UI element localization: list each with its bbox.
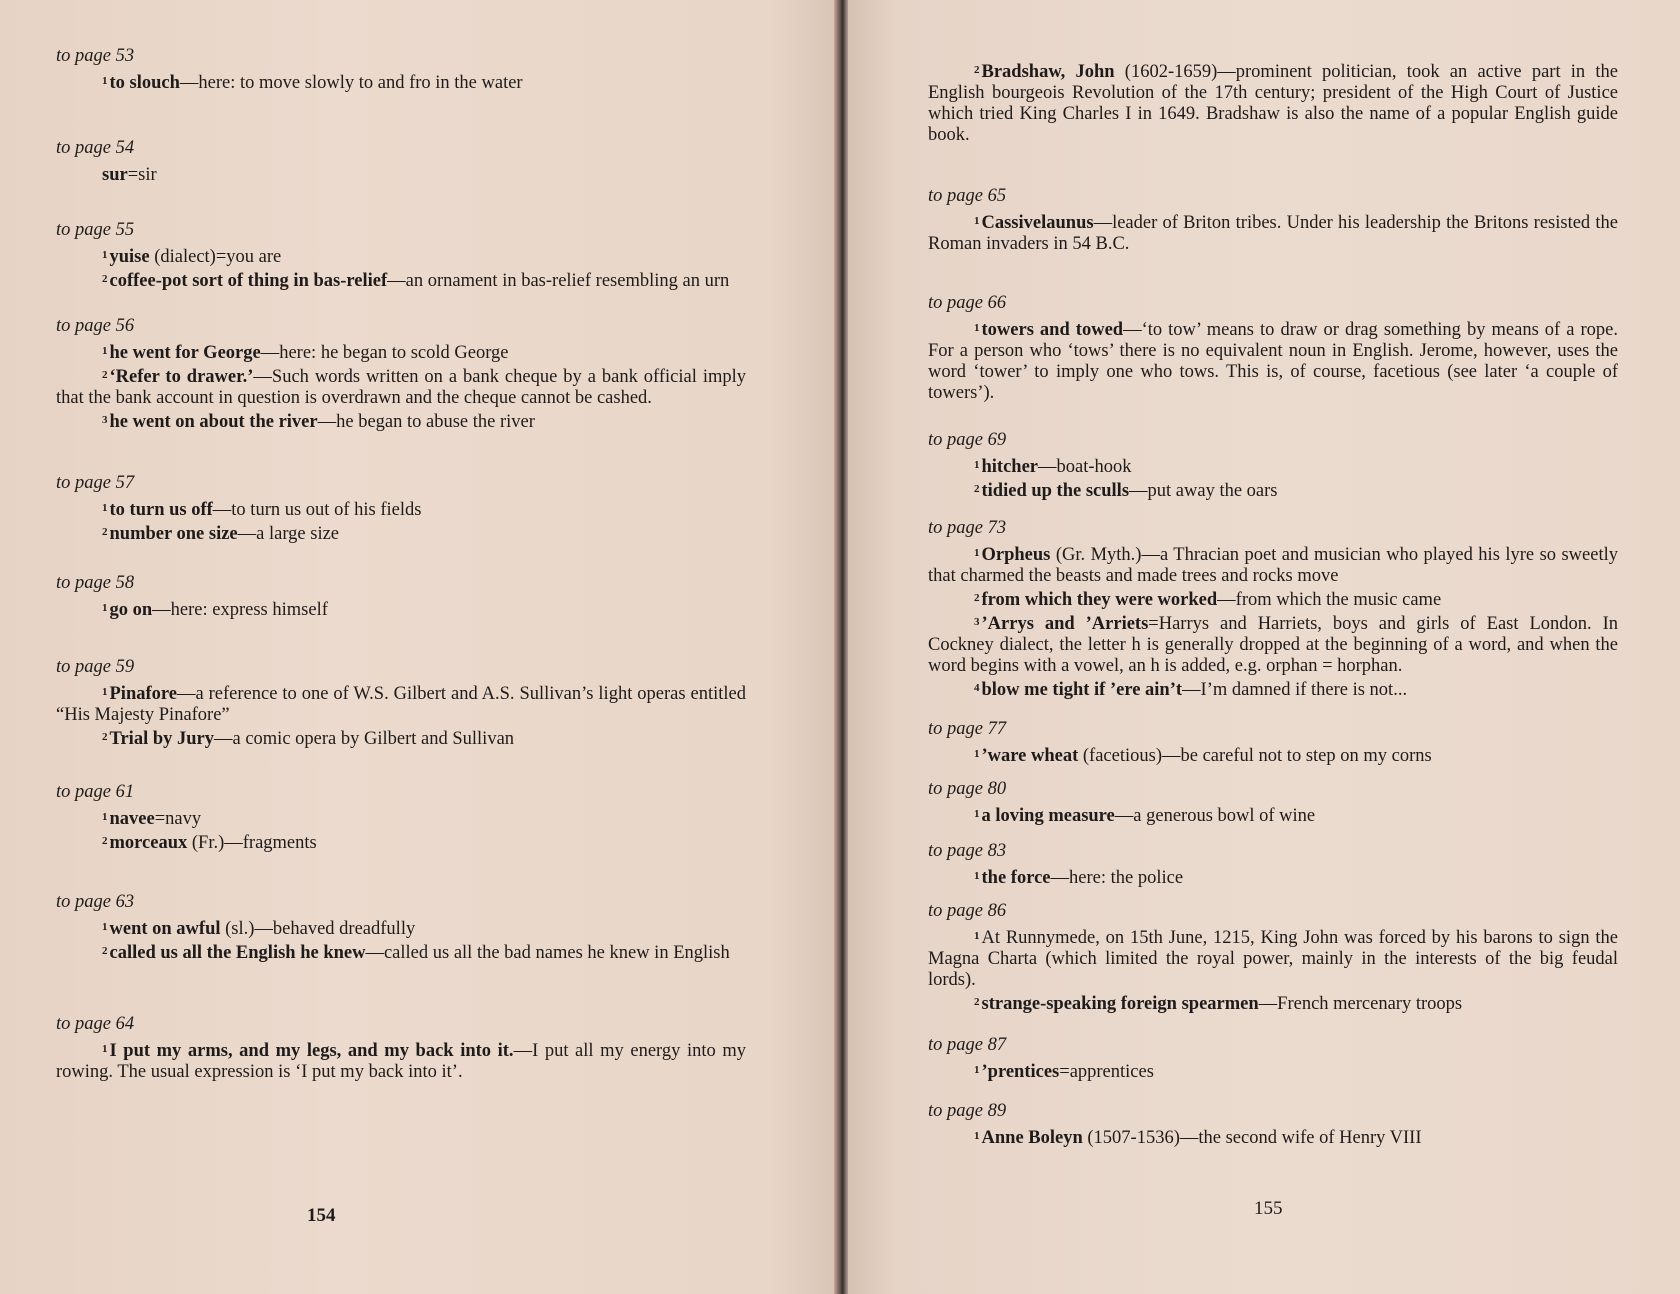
footnote-separator: — xyxy=(253,367,272,387)
page-number: 154 xyxy=(307,1205,336,1227)
section-heading: to page 61 xyxy=(56,782,746,803)
footnote-number: 1 xyxy=(102,502,108,514)
note-section: to page 771’ware wheat (facetious)—be ca… xyxy=(928,719,1618,767)
left-page: to page 531to slouch—here: to move slowl… xyxy=(0,0,836,1294)
footnote: 2Trial by Jury—a comic opera by Gilbert … xyxy=(56,729,746,750)
footnote-term: ’Arrys and ’Arriets xyxy=(982,614,1149,634)
footnote-term: went on awful xyxy=(110,919,221,939)
footnote-term: towers and towed xyxy=(982,320,1124,340)
footnote: 2morceaux (Fr.)—fragments xyxy=(56,833,746,854)
footnote-term: Anne Boleyn xyxy=(982,1128,1083,1148)
footnote-definition: a comic opera by Gilbert and Sullivan xyxy=(233,729,515,749)
footnote: 2tidied up the sculls—put away the oars xyxy=(928,481,1618,502)
note-section: 2Bradshaw, John (1602-1659)—prominent po… xyxy=(928,62,1618,146)
footnote: 1Orpheus (Gr. Myth.)—a Thracian poet and… xyxy=(928,545,1618,587)
footnote: 2Bradshaw, John (1602-1659)—prominent po… xyxy=(928,62,1618,146)
footnote-term: hitcher xyxy=(982,457,1039,477)
footnote: 4blow me tight if ’ere ain’t—I’m damned … xyxy=(928,680,1618,701)
footnote: 1he went for George—here: he began to sc… xyxy=(56,343,746,364)
section-heading: to page 64 xyxy=(56,1014,746,1035)
footnote-term: he went for George xyxy=(110,343,261,363)
section-heading: to page 55 xyxy=(56,220,746,241)
note-section: to page 641I put my arms, and my legs, a… xyxy=(56,1014,746,1083)
footnote-definition: to turn us out of his fields xyxy=(231,500,421,520)
footnote-separator: — xyxy=(1217,590,1236,610)
footnote: 1navee=navy xyxy=(56,809,746,830)
footnote-term: Bradshaw, John xyxy=(982,62,1115,82)
footnote-term: he went on about the river xyxy=(110,412,318,432)
section-heading: to page 73 xyxy=(928,518,1618,539)
footnote-number: 2 xyxy=(102,369,108,381)
footnote-separator: — xyxy=(1038,457,1057,477)
footnote: 2from which they were worked—from which … xyxy=(928,590,1618,611)
footnote-separator: — xyxy=(1259,994,1278,1014)
footnote: 1a loving measure—a generous bowl of win… xyxy=(928,806,1618,827)
footnote-term: coffee-pot sort of thing in bas-relief xyxy=(110,271,388,291)
footnote: 1At Runnymede, on 15th June, 1215, King … xyxy=(928,928,1618,991)
footnote-number: 1 xyxy=(102,249,108,261)
left-notes-column: to page 531to slouch—here: to move slowl… xyxy=(56,46,746,1083)
note-section: to page 651Cassivelaunus—leader of Brito… xyxy=(928,186,1618,255)
footnote-separator: — xyxy=(214,729,233,749)
footnote: 1Anne Boleyn (1507-1536)—the second wife… xyxy=(928,1128,1618,1149)
note-section: to page 801a loving measure—a generous b… xyxy=(928,779,1618,827)
section-heading: to page 77 xyxy=(928,719,1618,740)
footnote-number: 1 xyxy=(102,602,108,614)
footnote-term: Pinafore xyxy=(110,684,177,704)
footnote: 1’prentices=apprentices xyxy=(928,1062,1618,1083)
footnote-number: 1 xyxy=(102,811,108,823)
footnote-definition: he began to abuse the river xyxy=(336,412,535,432)
footnote-term: blow me tight if ’ere ain’t xyxy=(982,680,1183,700)
right-page: 2Bradshaw, John (1602-1659)—prominent po… xyxy=(848,0,1680,1294)
section-heading: to page 80 xyxy=(928,779,1618,800)
footnote-number: 1 xyxy=(974,459,980,471)
footnote-separator: — xyxy=(152,600,171,620)
note-section: to page 831the force—here: the police xyxy=(928,841,1618,889)
section-heading: to page 86 xyxy=(928,901,1618,922)
footnote: 1Cassivelaunus—leader of Briton tribes. … xyxy=(928,213,1618,255)
footnote: 2called us all the English he knew—calle… xyxy=(56,943,746,964)
footnote-number: 2 xyxy=(102,945,108,957)
note-section: to page 631went on awful (sl.)—behaved d… xyxy=(56,892,746,964)
note-section: to page 571to turn us off—to turn us out… xyxy=(56,473,746,545)
footnote: 3’Arrys and ’Arriets=Harrys and Harriets… xyxy=(928,614,1618,677)
footnote-number: 2 xyxy=(974,996,980,1008)
footnote: 1Pinafore—a reference to one of W.S. Gil… xyxy=(56,684,746,726)
note-section: to page 661towers and towed—‘to tow’ mea… xyxy=(928,293,1618,404)
note-section: to page 561he went for George—here: he b… xyxy=(56,316,746,433)
footnote-separator: — xyxy=(238,524,257,544)
note-section: to page 531to slouch—here: to move slowl… xyxy=(56,46,746,94)
page-number: 155 xyxy=(1254,1198,1283,1220)
footnote-definition: (1507-1536)—the second wife of Henry VII… xyxy=(1083,1128,1422,1148)
footnote-separator: = xyxy=(1059,1062,1069,1082)
footnote-term: Orpheus xyxy=(982,545,1051,565)
footnote-term: to turn us off xyxy=(110,500,213,520)
footnote-separator: = xyxy=(128,165,138,185)
footnote-definition: sir xyxy=(138,165,157,185)
note-section: to page 871’prentices=apprentices xyxy=(928,1035,1618,1083)
note-section: to page 731Orpheus (Gr. Myth.)—a Thracia… xyxy=(928,518,1618,701)
footnote-separator: — xyxy=(365,943,384,963)
footnote: 1go on—here: express himself xyxy=(56,600,746,621)
footnote-number: 3 xyxy=(974,616,980,628)
footnote: 3he went on about the river—he began to … xyxy=(56,412,746,433)
footnote-definition: navy xyxy=(165,809,201,829)
footnote-definition: (Fr.)—fragments xyxy=(187,833,316,853)
section-heading: to page 66 xyxy=(928,293,1618,314)
footnote-term: to slouch xyxy=(110,73,180,93)
footnote: 1yuise (dialect)=you are xyxy=(56,247,746,268)
footnote-number: 3 xyxy=(102,414,108,426)
right-notes-column: 2Bradshaw, John (1602-1659)—prominent po… xyxy=(928,62,1618,1149)
footnote-separator: — xyxy=(318,412,337,432)
footnote-definition: here: he began to scold George xyxy=(279,343,508,363)
note-section: to page 591Pinafore—a reference to one o… xyxy=(56,657,746,750)
footnote-definition: boat-hook xyxy=(1057,457,1132,477)
footnote-separator: — xyxy=(387,271,406,291)
footnote-term: Cassivelaunus xyxy=(982,213,1094,233)
section-heading: to page 58 xyxy=(56,573,746,594)
note-section: to page 861At Runnymede, on 15th June, 1… xyxy=(928,901,1618,1015)
footnote-term: yuise xyxy=(110,247,150,267)
footnote-separator: — xyxy=(1094,213,1113,233)
footnote-definition: a generous bowl of wine xyxy=(1133,806,1315,826)
footnote-term: go on xyxy=(110,600,153,620)
section-heading: to page 89 xyxy=(928,1101,1618,1122)
footnote-number: 1 xyxy=(974,1130,980,1142)
footnote-definition: called us all the bad names he knew in E… xyxy=(384,943,730,963)
footnote-separator: — xyxy=(1115,806,1134,826)
footnote-number: 1 xyxy=(974,1064,980,1076)
footnote-definition: At Runnymede, on 15th June, 1215, King J… xyxy=(928,928,1618,990)
footnote-term: sur xyxy=(102,165,128,185)
footnote: 2strange-speaking foreign spearmen—Frenc… xyxy=(928,994,1618,1015)
footnote-number: 1 xyxy=(102,75,108,87)
footnote-definition: from which the music came xyxy=(1236,590,1442,610)
footnote-separator: — xyxy=(180,73,199,93)
footnote-separator: — xyxy=(1129,481,1148,501)
footnote-number: 2 xyxy=(974,592,980,604)
footnote-number: 2 xyxy=(102,273,108,285)
footnote-definition: a large size xyxy=(256,524,339,544)
footnote-term: number one size xyxy=(110,524,238,544)
footnote-separator: — xyxy=(213,500,232,520)
section-heading: to page 63 xyxy=(56,892,746,913)
footnote-number: 1 xyxy=(974,808,980,820)
section-heading: to page 53 xyxy=(56,46,746,67)
footnote-number: 1 xyxy=(102,921,108,933)
section-heading: to page 83 xyxy=(928,841,1618,862)
footnote-number: 1 xyxy=(974,547,980,559)
footnote-term: the force xyxy=(982,868,1051,888)
footnote-separator: — xyxy=(261,343,280,363)
footnote-number: 1 xyxy=(974,322,980,334)
footnote-definition: here: to move slowly to and fro in the w… xyxy=(198,73,522,93)
footnote-number: 4 xyxy=(974,682,980,694)
footnote-separator: — xyxy=(1123,320,1142,340)
footnote: 1’ware wheat (facetious)—be careful not … xyxy=(928,746,1618,767)
footnote: 1the force—here: the police xyxy=(928,868,1618,889)
note-section: to page 551yuise (dialect)=you are2coffe… xyxy=(56,220,746,292)
section-heading: to page 65 xyxy=(928,186,1618,207)
footnote-separator: — xyxy=(1182,680,1201,700)
footnote-number: 2 xyxy=(102,835,108,847)
footnote: 2coffee-pot sort of thing in bas-relief—… xyxy=(56,271,746,292)
section-heading: to page 57 xyxy=(56,473,746,494)
footnote-separator: = xyxy=(1148,614,1158,634)
section-heading: to page 54 xyxy=(56,138,746,159)
footnote-separator: — xyxy=(1051,868,1070,888)
footnote-number: 2 xyxy=(974,483,980,495)
footnote-definition: French mercenary troops xyxy=(1277,994,1462,1014)
footnote-number: 1 xyxy=(974,870,980,882)
footnote: 1to turn us off—to turn us out of his fi… xyxy=(56,500,746,521)
footnote-separator: — xyxy=(177,684,196,704)
footnote-term: ’ware wheat xyxy=(982,746,1079,766)
section-heading: to page 59 xyxy=(56,657,746,678)
footnote-term: ’prentices xyxy=(982,1062,1060,1082)
footnote-separator: = xyxy=(155,809,165,829)
footnote-definition: an ornament in bas-relief resembling an … xyxy=(406,271,730,291)
section-heading: to page 87 xyxy=(928,1035,1618,1056)
footnote-definition: (facetious)—be careful not to step on my… xyxy=(1078,746,1431,766)
footnote-definition: put away the oars xyxy=(1148,481,1278,501)
footnote-definition: apprentices xyxy=(1070,1062,1154,1082)
footnote-term: strange-speaking foreign spearmen xyxy=(982,994,1259,1014)
footnote-number: 1 xyxy=(974,215,980,227)
footnote: 2number one size—a large size xyxy=(56,524,746,545)
footnote-number: 2 xyxy=(102,731,108,743)
footnote-number: 2 xyxy=(102,526,108,538)
footnote-number: 1 xyxy=(974,930,980,942)
footnote-term: ‘Refer to drawer.’ xyxy=(110,367,254,387)
section-heading: to page 69 xyxy=(928,430,1618,451)
footnote-separator: — xyxy=(514,1041,533,1061)
footnote-definition: (sl.)—behaved dreadfully xyxy=(221,919,416,939)
section-heading: to page 56 xyxy=(56,316,746,337)
footnote-term: navee xyxy=(110,809,155,829)
footnote-definition: here: the police xyxy=(1069,868,1183,888)
footnote-term: called us all the English he knew xyxy=(110,943,366,963)
footnote-term: tidied up the sculls xyxy=(982,481,1130,501)
footnote-definition: (dialect)=you are xyxy=(150,247,282,267)
footnote-number: 1 xyxy=(974,748,980,760)
footnote-term: from which they were worked xyxy=(982,590,1218,610)
footnote-term: Trial by Jury xyxy=(110,729,215,749)
footnote: 1went on awful (sl.)—behaved dreadfully xyxy=(56,919,746,940)
footnote-definition: I’m damned if there is not... xyxy=(1201,680,1408,700)
note-section: to page 611navee=navy2morceaux (Fr.)—fra… xyxy=(56,782,746,854)
note-section: to page 54sur=sir xyxy=(56,138,746,186)
note-section: to page 581go on—here: express himself xyxy=(56,573,746,621)
footnote-number: 1 xyxy=(102,1043,108,1055)
footnote-number: 1 xyxy=(102,345,108,357)
footnote-definition: here: express himself xyxy=(171,600,328,620)
note-section: to page 891Anne Boleyn (1507-1536)—the s… xyxy=(928,1101,1618,1149)
footnote-term: a loving measure xyxy=(982,806,1115,826)
footnote-number: 2 xyxy=(974,64,980,76)
footnote: 1to slouch—here: to move slowly to and f… xyxy=(56,73,746,94)
footnote: 1towers and towed—‘to tow’ means to draw… xyxy=(928,320,1618,404)
footnote-term: I put my arms, and my legs, and my back … xyxy=(110,1041,514,1061)
footnote-number: 1 xyxy=(102,686,108,698)
footnote: 1hitcher—boat-hook xyxy=(928,457,1618,478)
footnote: 2‘Refer to drawer.’—Such words written o… xyxy=(56,367,746,409)
footnote-term: morceaux xyxy=(110,833,188,853)
footnote: sur=sir xyxy=(56,165,746,186)
note-section: to page 691hitcher—boat-hook2tidied up t… xyxy=(928,430,1618,502)
footnote: 1I put my arms, and my legs, and my back… xyxy=(56,1041,746,1083)
